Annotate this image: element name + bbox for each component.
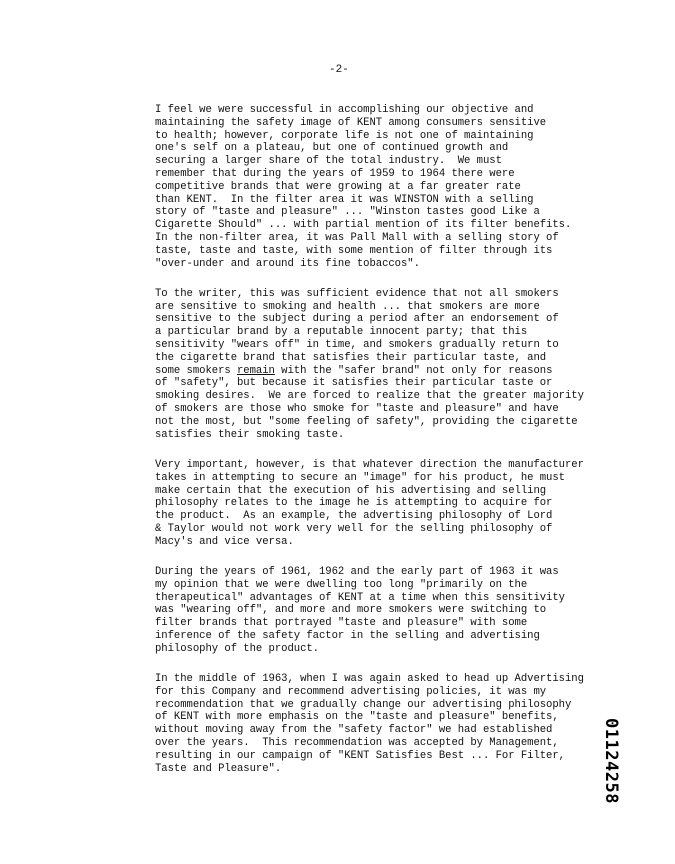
text-line: remember that during the years of 1959 t… [155,168,515,180]
text-line: Macy's and vice versa. [155,536,294,548]
text-line: philosophy of the product. [155,643,319,655]
text-line: my opinion that we were dwelling too lon… [155,579,527,591]
text-line: of smokers are those who smoke for "tast… [155,403,559,415]
text-line: without moving away from the "safety fac… [155,724,552,736]
text-line: philosophy relates to the image he is at… [155,497,552,509]
text-line: resulting in our campaign of "KENT Satis… [155,750,565,762]
text-line: are sensitive to smoking and health ... … [155,301,540,313]
text-line: inference of the safety factor in the se… [155,630,540,642]
text-line: Taste and Pleasure". [155,763,281,775]
text-line: recommendation that we gradually change … [155,699,571,711]
text-line: the product. As an example, the advertis… [155,510,552,522]
text-line: a particular brand by a reputable innoce… [155,326,527,338]
text-line: over the years. This recommendation was … [155,737,559,749]
text-line: taste, taste and taste, with some mentio… [155,245,552,257]
text-line: I feel we were successful in accomplishi… [155,104,533,116]
text-line: was "wearing off", and more and more smo… [155,604,546,616]
text-line: During the years of 1961, 1962 and the e… [155,566,559,578]
text-line: of KENT with more emphasis on the "taste… [155,711,559,723]
text-line: therapeutical" advantages of KENT at a t… [155,592,565,604]
text-line: To the writer, this was sufficient evide… [155,288,559,300]
text-line: of "safety", but because it satisfies th… [155,377,552,389]
paragraph-2: To the writer, this was sufficient evide… [155,288,615,442]
underlined-word: remain [237,365,275,377]
text-line: not the most, but "some feeling of safet… [155,416,578,428]
bates-number: 01124258 [601,718,621,804]
paragraph-1: I feel we were successful in accomplishi… [155,104,615,270]
paragraph-3: Very important, however, is that whateve… [155,459,615,549]
text-line: smoking desires. We are forced to realiz… [155,390,584,402]
text-line: than KENT. In the filter area it was WIN… [155,194,533,206]
text-line: the cigarette brand that satisfies their… [155,352,546,364]
text-line: "over-under and around its fine tobaccos… [155,258,420,270]
text-line: story of "taste and pleasure" ... "Winst… [155,206,540,218]
paragraph-4: During the years of 1961, 1962 and the e… [155,566,615,656]
text-line: In the non-filter area, it was Pall Mall… [155,232,559,244]
paragraph-5: In the middle of 1963, when I was again … [155,673,615,775]
text-line: & Taylor would not work very well for th… [155,523,552,535]
bates-stamp: 01124258 [596,716,626,806]
text-line: Cigarette Should" ... with partial menti… [155,219,571,231]
text-line: maintaining the safety image of KENT amo… [155,117,546,129]
document-page: -2- I feel we were successful in accompl… [0,0,675,864]
text-line: one's self on a plateau, but one of cont… [155,142,508,154]
page-number: -2- [329,64,349,76]
text-line: sensitivity "wears off" in time, and smo… [155,339,559,351]
text-line: Very important, however, is that whateve… [155,459,584,471]
text-line: some smokers remain with the "safer bran… [155,365,552,377]
text-line: securing a larger share of the total ind… [155,155,502,167]
text-line: to health; however, corporate life is no… [155,130,533,142]
text-line: for this Company and recommend advertisi… [155,686,546,698]
text-line: filter brands that portrayed "taste and … [155,617,527,629]
text-line: In the middle of 1963, when I was again … [155,673,584,685]
text-line: sensitive to the subject during a period… [155,313,559,325]
document-body: I feel we were successful in accomplishi… [155,104,615,793]
text-line: takes in attempting to secure an "image"… [155,472,565,484]
text-line: make certain that the execution of his a… [155,485,546,497]
text-line: satisfies their smoking taste. [155,429,344,441]
text-line: competitive brands that were growing at … [155,181,521,193]
